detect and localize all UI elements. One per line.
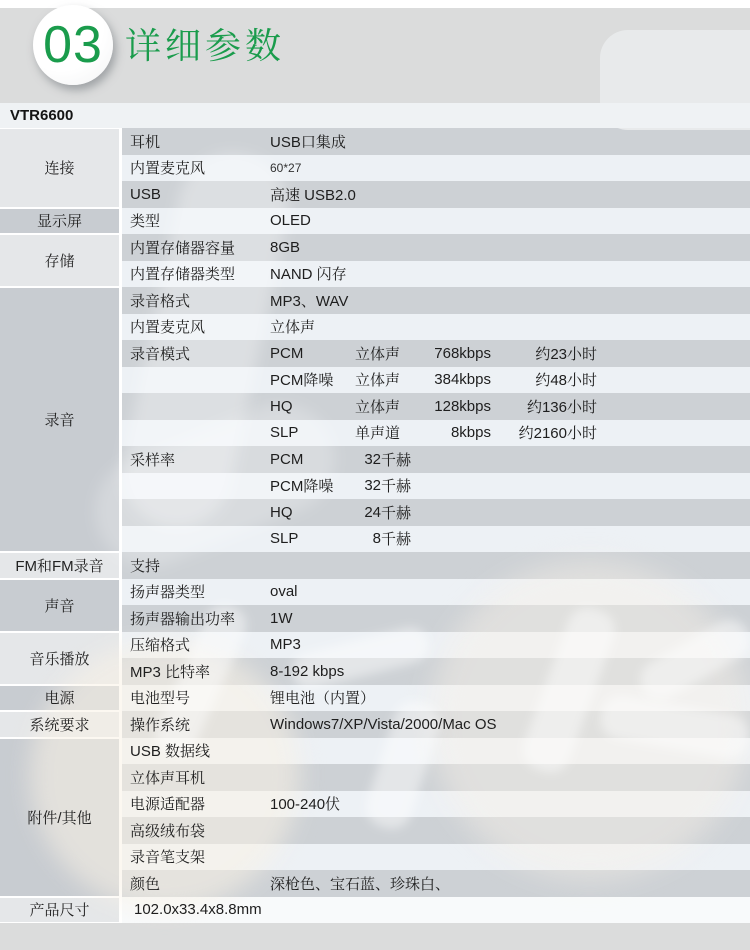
category-cell: 连接 bbox=[0, 129, 119, 207]
category-label: 录音 bbox=[44, 409, 74, 430]
spec-row: 扬声器类型oval bbox=[122, 579, 750, 606]
spec-rate-value: 32 bbox=[355, 477, 381, 494]
spec-row: 支持 bbox=[122, 552, 750, 579]
category-cell: 产品尺寸 bbox=[0, 898, 119, 923]
spec-label: 操作系统 bbox=[122, 714, 270, 735]
spec-bitrate: 768kbps bbox=[421, 345, 491, 362]
category-label: 产品尺寸 bbox=[29, 899, 89, 920]
spec-row: SLP8千赫 bbox=[122, 526, 750, 553]
spec-channel: 立体声 bbox=[355, 369, 421, 390]
category-column: 连接显示屏存储录音FM和FM录音声音音乐播放电源系统要求附件/其他产品尺寸 bbox=[0, 128, 119, 923]
spec-row: 内置麦克风立体声 bbox=[122, 314, 750, 341]
spec-value: MP3 bbox=[270, 636, 301, 653]
spec-label: 类型 bbox=[122, 210, 270, 231]
spec-duration: 约2160小时 bbox=[491, 422, 597, 443]
spec-mode: SLP bbox=[270, 530, 355, 547]
spec-mode: PCM bbox=[270, 345, 355, 362]
spec-row: 高级绒布袋 bbox=[122, 817, 750, 844]
spec-row: 102.0x33.4x8.8mm bbox=[122, 897, 750, 924]
page-title: 详细参数 bbox=[125, 24, 285, 68]
spec-bitrate: 384kbps bbox=[421, 371, 491, 388]
spec-rate-unit: 千赫 bbox=[381, 475, 411, 496]
category-cell: 电源 bbox=[0, 686, 119, 711]
section-number-badge: 03 bbox=[33, 5, 113, 85]
spec-row: 类型OLED bbox=[122, 208, 750, 235]
category-label: 电源 bbox=[44, 687, 74, 708]
spec-channel: 单声道 bbox=[355, 422, 421, 443]
spec-value: 8-192 kbps bbox=[270, 663, 344, 680]
spec-value: Windows7/XP/Vista/2000/Mac OS bbox=[270, 716, 497, 733]
category-cell: 附件/其他 bbox=[0, 739, 119, 896]
category-label: 连接 bbox=[44, 157, 74, 178]
spec-mode: HQ bbox=[270, 504, 355, 521]
spec-bitrate: 8kbps bbox=[421, 424, 491, 441]
spec-label: 内置麦克风 bbox=[122, 316, 270, 337]
section-number: 03 bbox=[43, 19, 103, 71]
spec-row: 立体声耳机 bbox=[122, 764, 750, 791]
spec-row: 内置麦克风60*27 bbox=[122, 155, 750, 182]
spec-value: 锂电池（内置） bbox=[270, 687, 375, 708]
spec-label: 内置麦克风 bbox=[122, 157, 270, 178]
spec-rate-value: 24 bbox=[355, 504, 381, 521]
model-bar: VTR6600 bbox=[0, 103, 750, 128]
spec-value: 8GB bbox=[270, 239, 300, 256]
spec-rate-value: 32 bbox=[355, 451, 381, 468]
category-label: 存储 bbox=[44, 250, 74, 271]
spec-label: USB bbox=[122, 186, 270, 203]
spec-row: 录音模式PCM立体声768kbps约23小时 bbox=[122, 340, 750, 367]
spec-mode: PCM降噪 bbox=[270, 475, 355, 496]
spec-bitrate: 128kbps bbox=[421, 398, 491, 415]
spec-dimension-value: 102.0x33.4x8.8mm bbox=[122, 901, 262, 918]
spec-mode: SLP bbox=[270, 424, 355, 441]
spec-label: 立体声耳机 bbox=[122, 767, 270, 788]
spec-row: 电源适配器100-240伏 bbox=[122, 791, 750, 818]
spec-value: 高速 USB2.0 bbox=[270, 184, 356, 205]
spec-label: 耳机 bbox=[122, 131, 270, 152]
category-cell: 音乐播放 bbox=[0, 633, 119, 684]
spec-rate-unit: 千赫 bbox=[381, 528, 411, 549]
spec-duration: 约23小时 bbox=[491, 343, 597, 364]
spec-value: 1W bbox=[270, 610, 293, 627]
spec-label: 电池型号 bbox=[122, 687, 270, 708]
spec-label: MP3 比特率 bbox=[122, 661, 270, 682]
spec-duration: 约48小时 bbox=[491, 369, 597, 390]
category-cell: 存储 bbox=[0, 235, 119, 286]
spec-mode: PCM bbox=[270, 451, 355, 468]
spec-rate-unit: 千赫 bbox=[381, 502, 411, 523]
spec-row: PCM降噪立体声384kbps约48小时 bbox=[122, 367, 750, 394]
spec-sheet-page: 03 详细参数 VTR6600 连接显示屏存储录音FM和FM录音声音音乐播放电源… bbox=[0, 0, 750, 950]
spec-rate-value: 8 bbox=[355, 530, 381, 547]
spec-row: 录音笔支架 bbox=[122, 844, 750, 871]
category-label: 附件/其他 bbox=[27, 807, 91, 828]
spec-label: 电源适配器 bbox=[122, 793, 270, 814]
spec-row: SLP单声道8kbps约2160小时 bbox=[122, 420, 750, 447]
spec-row: USB高速 USB2.0 bbox=[122, 181, 750, 208]
spec-label: 压缩格式 bbox=[122, 634, 270, 655]
spec-label: 扬声器输出功率 bbox=[122, 608, 270, 629]
category-cell: FM和FM录音 bbox=[0, 553, 119, 578]
spec-mode: PCM降噪 bbox=[270, 369, 355, 390]
spec-label: USB 数据线 bbox=[122, 740, 270, 761]
category-label: FM和FM录音 bbox=[15, 555, 103, 576]
top-strip bbox=[0, 0, 750, 8]
spec-label: 录音笔支架 bbox=[122, 846, 270, 867]
model-label: VTR6600 bbox=[0, 103, 73, 128]
spec-label: 录音格式 bbox=[122, 290, 270, 311]
spec-row: 电池型号锂电池（内置） bbox=[122, 685, 750, 712]
category-cell: 录音 bbox=[0, 288, 119, 551]
spec-row: 采样率PCM32千赫 bbox=[122, 446, 750, 473]
spec-row: PCM降噪32千赫 bbox=[122, 473, 750, 500]
spec-table: 连接显示屏存储录音FM和FM录音声音音乐播放电源系统要求附件/其他产品尺寸 耳机… bbox=[0, 128, 750, 923]
spec-value: USB口集成 bbox=[270, 131, 346, 152]
spec-label: 内置存储器类型 bbox=[122, 263, 270, 284]
spec-channel: 立体声 bbox=[355, 396, 421, 417]
category-cell: 显示屏 bbox=[0, 209, 119, 234]
spec-row: 内置存储器类型NAND 闪存 bbox=[122, 261, 750, 288]
spec-row: 颜色深枪色、宝石蓝、珍珠白、 bbox=[122, 870, 750, 897]
spec-row: USB 数据线 bbox=[122, 738, 750, 765]
spec-label: 录音模式 bbox=[122, 343, 270, 364]
spec-label: 扬声器类型 bbox=[122, 581, 270, 602]
category-label: 系统要求 bbox=[29, 714, 89, 735]
spec-label: 高级绒布袋 bbox=[122, 820, 270, 841]
spec-row: 录音格式MP3、WAV bbox=[122, 287, 750, 314]
spec-row: 操作系统Windows7/XP/Vista/2000/Mac OS bbox=[122, 711, 750, 738]
spec-value: 100-240伏 bbox=[270, 793, 340, 814]
spec-rate-unit: 千赫 bbox=[381, 449, 411, 470]
spec-row: 耳机USB口集成 bbox=[122, 128, 750, 155]
spec-row: 内置存储器容量8GB bbox=[122, 234, 750, 261]
spec-label: 内置存储器容量 bbox=[122, 237, 270, 258]
spec-value: OLED bbox=[270, 212, 311, 229]
spec-channel: 立体声 bbox=[355, 343, 421, 364]
spec-label: 采样率 bbox=[122, 449, 270, 470]
spec-label: 支持 bbox=[122, 555, 270, 576]
category-cell: 声音 bbox=[0, 580, 119, 631]
spec-rows: 耳机USB口集成内置麦克风60*27USB高速 USB2.0类型OLED内置存储… bbox=[122, 128, 750, 923]
category-cell: 系统要求 bbox=[0, 712, 119, 737]
spec-row: 扬声器输出功率1W bbox=[122, 605, 750, 632]
category-label: 音乐播放 bbox=[29, 648, 89, 669]
spec-value: MP3、WAV bbox=[270, 290, 348, 311]
spec-value: oval bbox=[270, 583, 298, 600]
spec-value: 60*27 bbox=[270, 161, 301, 175]
spec-row: HQ立体声128kbps约136小时 bbox=[122, 393, 750, 420]
spec-value: 深枪色、宝石蓝、珍珠白、 bbox=[270, 873, 450, 894]
category-label: 声音 bbox=[44, 595, 74, 616]
spec-row: 压缩格式MP3 bbox=[122, 632, 750, 659]
spec-row: HQ24千赫 bbox=[122, 499, 750, 526]
category-label: 显示屏 bbox=[37, 210, 82, 231]
spec-value: 立体声 bbox=[270, 316, 315, 337]
spec-label: 颜色 bbox=[122, 873, 270, 894]
spec-value: NAND 闪存 bbox=[270, 263, 347, 284]
spec-mode: HQ bbox=[270, 398, 355, 415]
spec-row: MP3 比特率8-192 kbps bbox=[122, 658, 750, 685]
spec-duration: 约136小时 bbox=[491, 396, 597, 417]
